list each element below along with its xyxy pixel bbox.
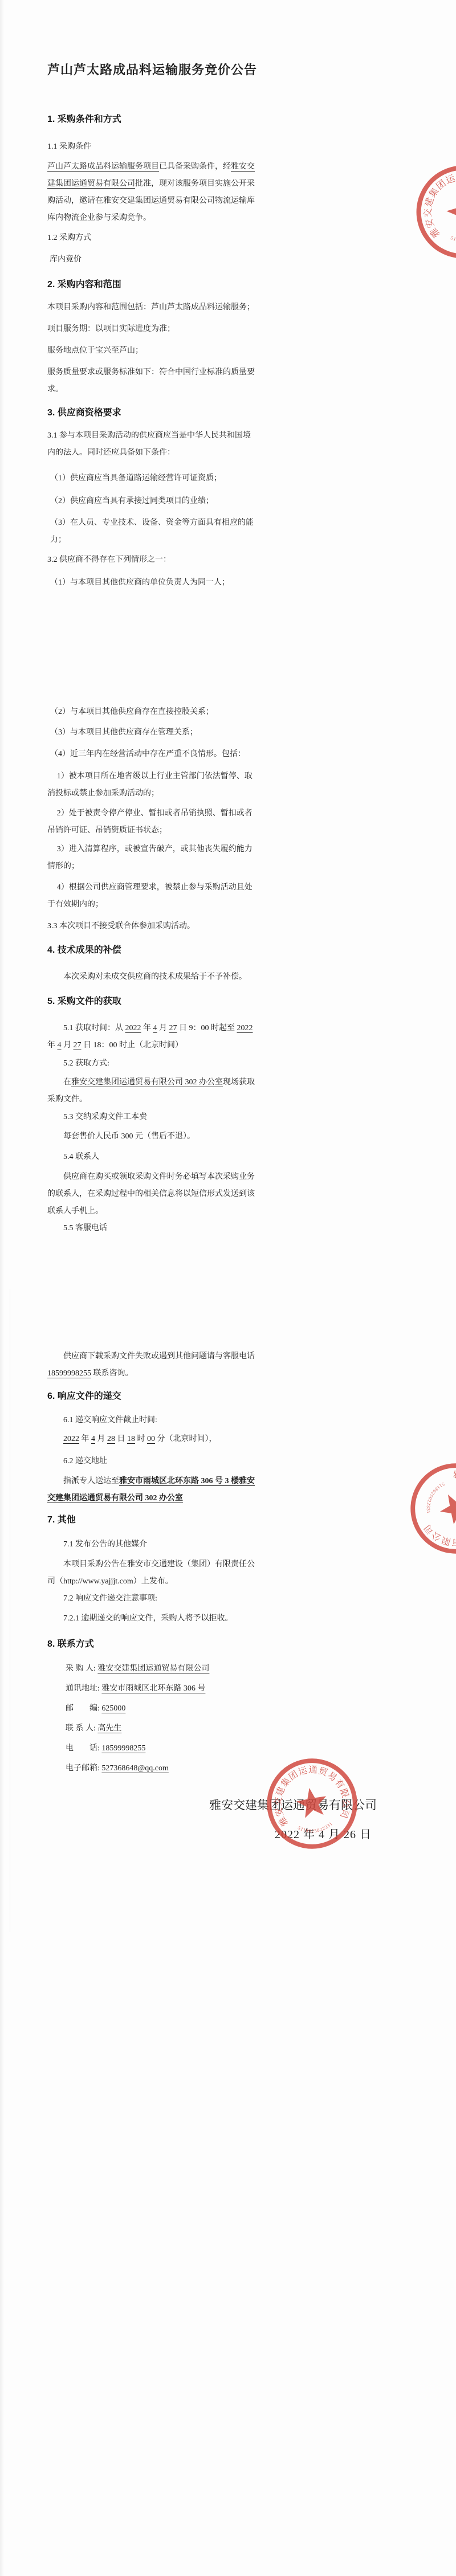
section-8-heading: 8. 联系方式: [47, 1636, 257, 1653]
text-segment: 4: [91, 1435, 95, 1443]
svg-text:5118025022331: 5118025022331: [421, 1478, 447, 1516]
text-segment: 2022: [63, 1435, 79, 1443]
section-5-2-paragraph: 在雅安交建集团运通贸易有限公司 302 办公室现场获取采购文件。: [47, 1074, 257, 1108]
contact-row-postcode: 邮 编: 625000: [66, 1699, 257, 1718]
svg-text:5118025022331: 5118025022331: [449, 226, 456, 247]
section-1-2-paragraph: 库内竞价: [50, 251, 257, 268]
section-7-2-1-paragraph: 7.2.1 逾期递交的响应文件，采购人将予以拒收。: [47, 1610, 257, 1627]
section-3-2-subitem-2: 2）处于被责令停产停业、暂扣或者吊销执照、暂扣或者吊销许可证、吊销资质证书状态；: [47, 805, 257, 839]
section-6-1-heading: 6.1 递交响应文件截止时间:: [63, 1412, 257, 1429]
seal-ring: [409, 158, 456, 266]
contact-row-address: 通讯地址: 雅安市雨城区北环东路 306 号: [66, 1679, 257, 1699]
company-seal-top-right: 雅安交建集团运通贸易有限公司 5118025022331: [400, 149, 456, 275]
page3-content: 供应商下载采购文件失败或遇到其他问题请与客服电话 18599998255 联系咨…: [47, 1348, 257, 1778]
section-1-1-heading: 1.1 采购条件: [47, 138, 257, 156]
text-segment: 月: [157, 1024, 169, 1032]
section-3-heading: 3. 供应商资格要求: [47, 405, 257, 422]
text-segment: 日 9：00 时起至: [177, 1024, 237, 1032]
text-segment: 28: [107, 1435, 115, 1443]
section-7-heading: 7. 其他: [47, 1512, 257, 1529]
contact-label: 电 话:: [66, 1744, 101, 1753]
section-6-heading: 6. 响应文件的递交: [47, 1388, 257, 1405]
section-3-2-item-1: （1）与本项目其他供应商的单位负责人为同一人；: [47, 574, 257, 591]
text-segment: 18: [127, 1435, 135, 1443]
text-segment: 18599998255: [47, 1369, 91, 1378]
contact-label: 电子邮箱:: [66, 1764, 101, 1773]
contact-label: 采 购 人:: [66, 1664, 97, 1673]
section-1-heading: 1. 采购条件和方式: [47, 111, 257, 128]
page2-content: （2）与本项目其他供应商存在直接控股关系； （3）与本项目其他供应商存在管理关系…: [47, 704, 257, 1237]
text-segment: 年: [79, 1435, 91, 1443]
section-6-2-paragraph: 指派专人送达至雅安市雨城区北环东路 306 号 3 楼雅安交建集团运通贸易有限公…: [47, 1473, 257, 1507]
contact-row-buyer: 采 购 人: 雅安交建集团运通贸易有限公司: [66, 1659, 257, 1679]
text-segment: 27: [74, 1041, 82, 1050]
contact-label: 通讯地址:: [66, 1684, 101, 1693]
section-3-1-paragraph: 3.1 参与本项目采购活动的供应商应当是中华人民共和国境内的法人。同时还应具备如…: [47, 427, 257, 462]
seal-ring: [398, 1451, 456, 1565]
seal-star-icon: [443, 192, 456, 228]
svg-text:雅安交建集团运通贸易有限公司: 雅安交建集团运通贸易有限公司: [414, 163, 456, 244]
section-5-4-paragraph: 供应商在购买或领取采购文件时务必填写本次采购业务的联系人，在采购过程中的相关信息…: [47, 1169, 257, 1220]
text-segment: 年: [47, 1041, 58, 1050]
contact-value: 625000: [101, 1704, 125, 1713]
text-segment: 5.1 获取时间：从: [63, 1024, 125, 1032]
section-4-paragraph: 本次采购对未成交供应商的技术成果给于不予补偿。: [47, 969, 257, 986]
text-segment: 指派专人送达至: [63, 1477, 119, 1485]
contact-value: 雅安市雨城区北环东路 306 号: [101, 1684, 205, 1693]
section-3-1-item-1: （1）供应商应当具备道路运输经营许可证资质；: [47, 470, 257, 487]
scan-edge-shadow: [0, 0, 4, 2576]
section-3-2-item-4: （4）近三年内在经营活动中存在严重不良情形。包括：: [47, 746, 257, 763]
seal-arc-text: 雅安交建集团运通贸易有限公司: [419, 1464, 456, 1561]
company-seal-mid-right: 雅安交建集团运通贸易有限公司 5118025022331: [389, 1442, 456, 1575]
section-5-3-heading: 5.3 交纳采购文件工本费: [63, 1109, 257, 1126]
scanned-announcement-page: 芦山芦太路成品料运输服务竞价公告 1. 采购条件和方式 1.1 采购条件 芦山芦…: [0, 0, 456, 2576]
section-3-2-subitem-3: 3）进入清算程序，或被宣告破产，或其他丧失履约能力情形的；: [47, 841, 257, 875]
section-1-2-heading: 1.2 采购方式: [47, 230, 257, 247]
section-3-1-item-3: （3）在人员、专业技术、设备、资金等方面具有相应的能力；: [47, 515, 257, 549]
section-3-2-subitem-1: 1）被本项目所在地省级以上行业主管部门依法暂停、取消投标或禁止参加采购活动的；: [47, 768, 257, 802]
section-4-heading: 4. 技术成果的补偿: [47, 942, 257, 959]
signature-company: 雅安交建集团运通贸易有限公司: [209, 1798, 377, 1812]
text-segment: 日: [115, 1435, 127, 1443]
section-7-2-heading: 7.2 响应文件递交注意事项:: [63, 1590, 257, 1607]
contact-row-phone: 电 话: 18599998255: [66, 1738, 257, 1758]
seal-star-icon: [438, 1489, 456, 1529]
section-2-heading: 2. 采购内容和范围: [47, 276, 257, 293]
svg-text:雅安交建集团运通贸易有限公司: 雅安交建集团运通贸易有限公司: [419, 1464, 456, 1561]
text-segment: 供应商下载采购文件失败或遇到其他问题请与客服电话: [63, 1352, 255, 1361]
section-5-3-paragraph: 每套售价人民币 300 元（售后不退）。: [47, 1128, 257, 1145]
section-7-1-paragraph: 本项目采购公告在雅安市交通建设（集团）有限责任公司（http://www.yaj…: [47, 1556, 257, 1590]
svg-text:雅安交建集团运通贸易有限公司: 雅安交建集团运通贸易有限公司: [267, 1758, 355, 1832]
text-segment: 月: [62, 1041, 74, 1050]
contact-value: 高先生: [97, 1724, 121, 1733]
section-3-2-item-2: （2）与本项目其他供应商存在直接控股关系；: [47, 704, 257, 721]
section-3-3-paragraph: 3.3 本次项目不接受联合体参加采购活动。: [47, 918, 257, 935]
text-segment: 雅安交建集团运通贸易有限公司 302 办公室: [71, 1078, 223, 1087]
text-segment: 2022: [237, 1024, 253, 1032]
section-1-1-paragraph: 芦山芦太路成品料运输服务项目已具备采购条件，经雅安交建集团运通贸易有限公司批准，…: [47, 158, 257, 227]
page1-content: 芦山芦太路成品料运输服务竞价公告 1. 采购条件和方式 1.1 采购条件 芦山芦…: [47, 59, 257, 591]
section-3-2-paragraph: 3.2 供应商不得存在下列情形之一：: [47, 552, 257, 569]
section-2-paragraph-3: 服务地点位于宝兴至芦山；: [47, 342, 257, 360]
text-segment: 27: [169, 1024, 177, 1032]
contact-row-person: 联 系 人: 高先生: [66, 1718, 257, 1738]
text-segment: 在: [63, 1078, 71, 1087]
seal-serial-text: 5118025022331: [421, 1478, 447, 1516]
scan-fold-line: [10, 1289, 10, 1932]
contact-label: 联 系 人:: [66, 1724, 97, 1733]
text-segment: 2022: [125, 1024, 141, 1032]
section-5-heading: 5. 采购文件的获取: [47, 993, 257, 1010]
section-5-5-note: 供应商下载采购文件失败或遇到其他问题请与客服电话 18599998255 联系咨…: [47, 1348, 257, 1382]
page-title: 芦山芦太路成品料运输服务竞价公告: [47, 59, 257, 81]
text-segment: 年: [141, 1024, 153, 1032]
section-2-paragraph-4: 服务质量要求或服务标准如下：符合中国行业标准的质量要求。: [47, 364, 257, 398]
text-segment: 联系咨询。: [91, 1369, 133, 1378]
text-segment: 已具备采购条件，经: [159, 162, 231, 171]
contact-value: 雅安交建集团运通贸易有限公司: [97, 1664, 209, 1673]
contact-row-email: 电子邮箱: 527368648@qq.com: [66, 1758, 257, 1778]
text-segment: 时: [135, 1435, 147, 1443]
text-segment: 00: [147, 1435, 155, 1443]
text-segment: 日 18：00 时止（北京时间）: [82, 1041, 184, 1050]
section-3-2-item-3: （3）与本项目其他供应商存在管理关系；: [47, 724, 257, 741]
section-7-1-heading: 7.1 发布公告的其他媒介: [63, 1536, 257, 1553]
text-segment: 芦山芦太路成品料运输服务项目: [47, 162, 159, 171]
contact-label: 邮 编:: [66, 1704, 101, 1713]
seal-arc-text: 雅安交建集团运通贸易有限公司: [414, 163, 456, 244]
section-5-1-paragraph: 5.1 获取时间：从 2022 年 4 月 27 日 9：00 时起至 2022…: [47, 1020, 257, 1054]
section-3-1-item-2: （2）供应商应当具有承接过同类项目的业绩；: [47, 493, 257, 510]
section-2-paragraph-1: 本项目采购内容和范围包括：芦山芦太路成品料运输服务；: [47, 299, 257, 316]
section-5-2-heading: 5.2 获取方式:: [63, 1055, 257, 1072]
text-segment: 月: [95, 1435, 107, 1443]
section-6-2-heading: 6.2 递交地址: [63, 1453, 257, 1470]
seal-arc-text: 雅安交建集团运通贸易有限公司: [267, 1758, 355, 1832]
contact-value: 527368648@qq.com: [101, 1764, 169, 1773]
section-3-2-subitem-4: 4）根据公司供应商管理要求，被禁止参与采购活动且处于有效期内的；: [47, 879, 257, 913]
contact-value: 18599998255: [101, 1744, 145, 1753]
text-segment: 4: [58, 1041, 62, 1050]
section-2-paragraph-2: 项目服务期：以项目实际进度为准；: [47, 321, 257, 338]
contact-block: 采 购 人: 雅安交建集团运通贸易有限公司 通讯地址: 雅安市雨城区北环东路 3…: [66, 1659, 257, 1778]
section-5-5-heading: 5.5 客服电话: [63, 1220, 257, 1237]
signature-date: 2022 年 4 月 26 日: [275, 1828, 372, 1842]
section-6-1-paragraph: 2022 年 4 月 28 日 18 时 00 分（北京时间），: [63, 1431, 257, 1448]
section-5-4-heading: 5.4 联系人: [63, 1149, 257, 1166]
text-segment: 分（北京时间），: [155, 1435, 217, 1443]
seal-serial-text: 5118025022331: [449, 226, 456, 247]
text-segment: 4: [153, 1024, 157, 1032]
